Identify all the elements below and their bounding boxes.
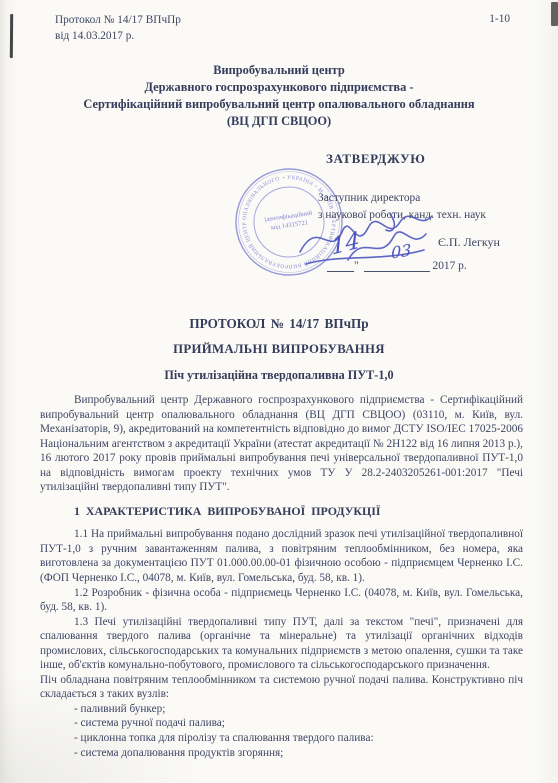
org-line-1: Випробувальний центр [0,62,558,79]
organisation-title: Випробувальний центр Державного госпрозр… [0,62,558,130]
doc-ref-number: Протокол № 14/17 ВПчПр [55,13,181,29]
paragraph-1-2: 1.2 Розробник - фізична особа - підприєм… [40,586,523,615]
approve-label: ЗАТВЕРДЖУЮ [326,151,425,167]
year-label: 2017 р. [433,260,467,272]
org-line-4: (ВЦ ДГП СВЦОО) [0,113,558,130]
section-1-heading: 1 ХАРАКТЕРИСТИКА ВИПРОБУВАНОЇ ПРОДУКЦІЇ [74,504,523,519]
paragraph-1-3: 1.3 Печі утилізаційні твердопаливні типу… [40,615,523,673]
component-item-3: - циклонна топка для піролізу та спалюва… [74,731,523,746]
component-item-2: - система ручної подачі палива; [74,716,523,731]
component-item-4: - система допалювання продуктів згоряння… [74,746,523,761]
intro-paragraph: Випробувальний центр Державного госпрозр… [40,393,523,495]
handwritten-month: 03 [391,240,411,262]
approver-name: Є.П. Легкун [438,235,500,250]
doc-ref-date: від 14.03.2017 р. [55,29,181,45]
component-item-1: - паливний бункер; [74,702,523,717]
day-blank [327,258,354,272]
scan-artifact-corner [551,2,558,26]
page-number: 1-10 [489,13,510,25]
paragraph-1-1: 1.1 На приймальні випробування подано до… [40,527,523,585]
date-quote-mark: " [354,260,359,272]
document-body: Випробувальний центр Державного госпрозр… [40,393,523,760]
product-title: Піч утилізаційна твердопаливна ПУТ-1,0 [0,368,558,383]
construction-paragraph: Піч обладнана повітряним теплообмінником… [40,673,523,702]
scanned-document-page: Протокол № 14/17 ВПчПр від 14.03.2017 р.… [0,0,558,783]
protocol-title: ПРОТОКОЛ № 14/17 ВПчПр [0,316,558,332]
test-type-title: ПРИЙМАЛЬНІ ВИПРОБУВАННЯ [0,342,558,357]
document-reference: Протокол № 14/17 ВПчПр від 14.03.2017 р. [55,13,181,44]
org-line-3: Сертифікаційний випробувальний центр опа… [0,96,558,113]
scan-artifact-line [10,14,13,58]
org-line-2: Державного госпрозрахункового підприємст… [0,79,558,96]
